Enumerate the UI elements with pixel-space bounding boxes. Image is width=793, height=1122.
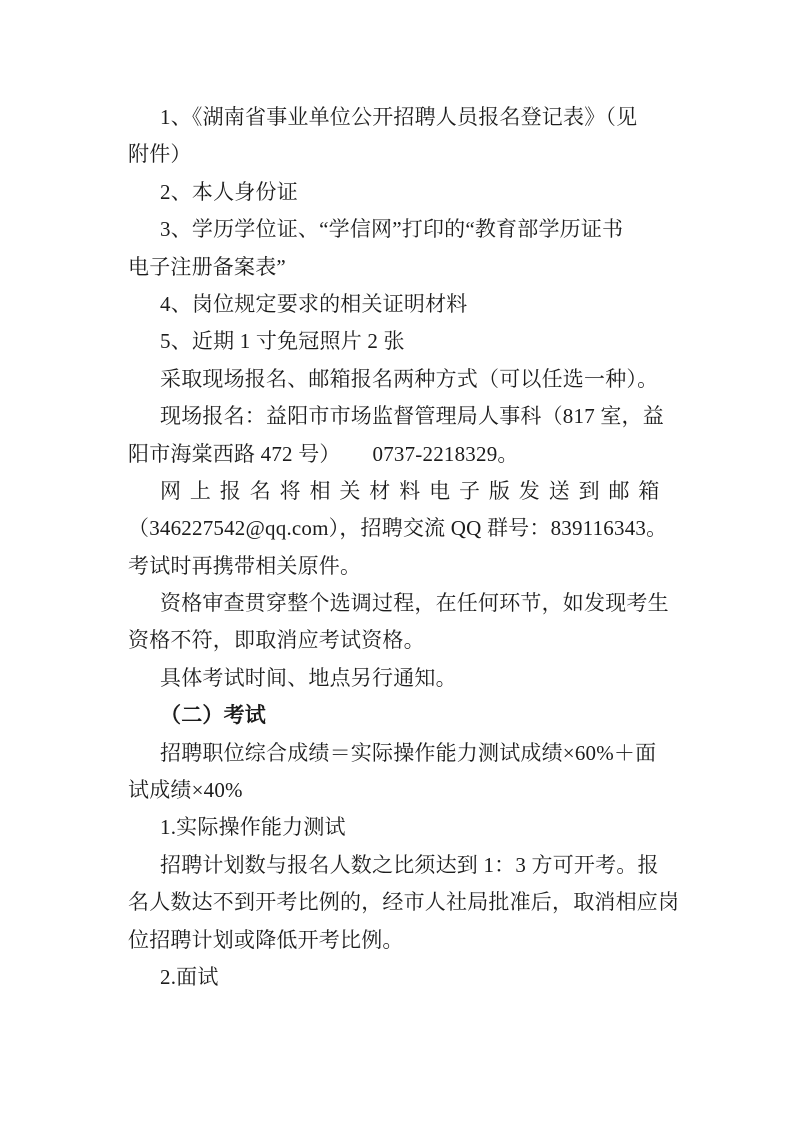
document-line: 位招聘计划或降低开考比例。 (128, 922, 675, 959)
document-line: 名人数达不到开考比例的，经市人社局批准后，取消相应岗 (128, 884, 675, 921)
document-line: 2.面试 (128, 959, 675, 996)
document-line: （346227542@qq.com），招聘交流 QQ 群号：839116343。 (128, 510, 675, 547)
document-line: 4、岗位规定要求的相关证明材料 (128, 286, 675, 323)
document-line: 3、学历学位证、“学信网”打印的“教育部学历证书 (128, 211, 675, 248)
document-line: 资格不符，即取消应考试资格。 (128, 622, 675, 659)
document-line: 招聘职位综合成绩＝实际操作能力测试成绩×60%＋面 (128, 735, 675, 772)
document-line: 试成绩×40% (128, 772, 675, 809)
document-page: 1、《湖南省事业单位公开招聘人员报名登记表》（见 附件） 2、本人身份证 3、学… (0, 0, 793, 1122)
document-line: 资格审查贯穿整个选调过程，在任何环节，如发现考生 (128, 585, 675, 622)
document-line: 附件） (128, 136, 675, 173)
document-line: 5、近期 1 寸免冠照片 2 张 (128, 323, 675, 360)
document-line: 具体考试时间、地点另行通知。 (128, 660, 675, 697)
document-line: 网上报名将相关材料电子版发送到邮箱 (128, 473, 675, 510)
document-line: 1.实际操作能力测试 (128, 809, 675, 846)
document-line: 1、《湖南省事业单位公开招聘人员报名登记表》（见 (128, 99, 675, 136)
document-line: 考试时再携带相关原件。 (128, 548, 675, 585)
document-line: 现场报名：益阳市市场监督管理局人事科（817 室，益 (128, 398, 675, 435)
document-line: 电子注册备案表” (128, 249, 675, 286)
document-line: 阳市海棠西路 472 号） 0737-2218329。 (128, 436, 675, 473)
document-line: 招聘计划数与报名人数之比须达到 1：3 方可开考。报 (128, 847, 675, 884)
section-heading-exam: （二）考试 (128, 697, 675, 734)
document-line: 2、本人身份证 (128, 174, 675, 211)
document-line: 采取现场报名、邮箱报名两种方式（可以任选一种）。 (128, 361, 675, 398)
